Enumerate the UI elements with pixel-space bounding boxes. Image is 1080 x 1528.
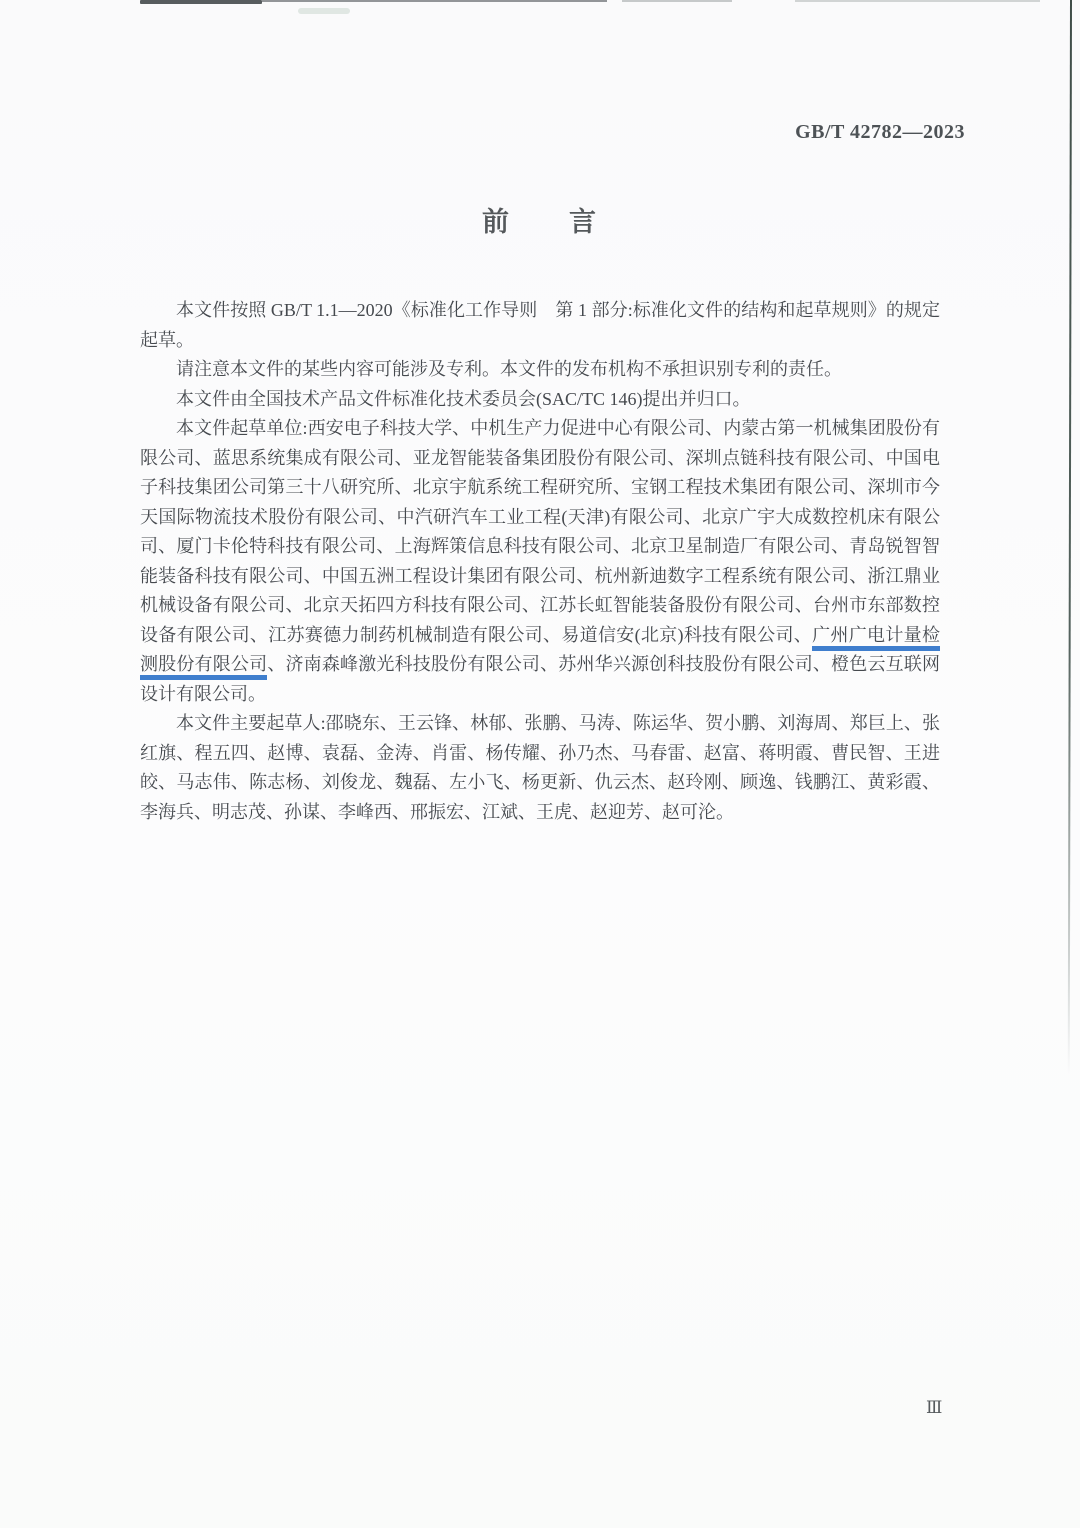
paragraph-drafting-units: 本文件起草单位:西安电子科技大学、中机生产力促进中心有限公司、内蒙古第一机械集团… xyxy=(140,414,940,709)
scan-artifact-top-line-faint-right xyxy=(795,0,1040,2)
scan-artifact-smudge xyxy=(298,8,350,14)
paragraph-drafting-basis: 本文件按照 GB/T 1.1—2020《标准化工作导则 第 1 部分:标准化文件… xyxy=(140,296,940,355)
standard-code: GB/T 42782—2023 xyxy=(795,121,965,144)
scan-artifact-top-line-faint xyxy=(622,0,732,2)
paragraph-patent-notice: 请注意本文件的某些内容可能涉及专利。本文件的发布机构不承担识别专利的责任。 xyxy=(140,355,940,385)
scan-artifact-top-streak xyxy=(140,0,262,4)
paragraph-committee: 本文件由全国技术产品文件标准化技术委员会(SAC/TC 146)提出并归口。 xyxy=(140,385,940,415)
paragraph-drafters: 本文件主要起草人:邵晓东、王云锋、林郁、张鹏、马涛、陈运华、贺小鹏、刘海周、郑巨… xyxy=(140,709,940,827)
scan-artifact-page-edge-line xyxy=(1068,0,1072,1075)
foreword-body: 本文件按照 GB/T 1.1—2020《标准化工作导则 第 1 部分:标准化文件… xyxy=(140,296,940,827)
drafting-units-text-before: 本文件起草单位:西安电子科技大学、中机生产力促进中心有限公司、内蒙古第一机械集团… xyxy=(140,418,940,645)
scan-artifact-top-line xyxy=(262,0,607,2)
document-page: GB/T 42782—2023 前 言 本文件按照 GB/T 1.1—2020《… xyxy=(0,0,1080,1528)
page-number: Ⅲ xyxy=(926,1398,942,1418)
page-title: 前 言 xyxy=(140,200,940,239)
